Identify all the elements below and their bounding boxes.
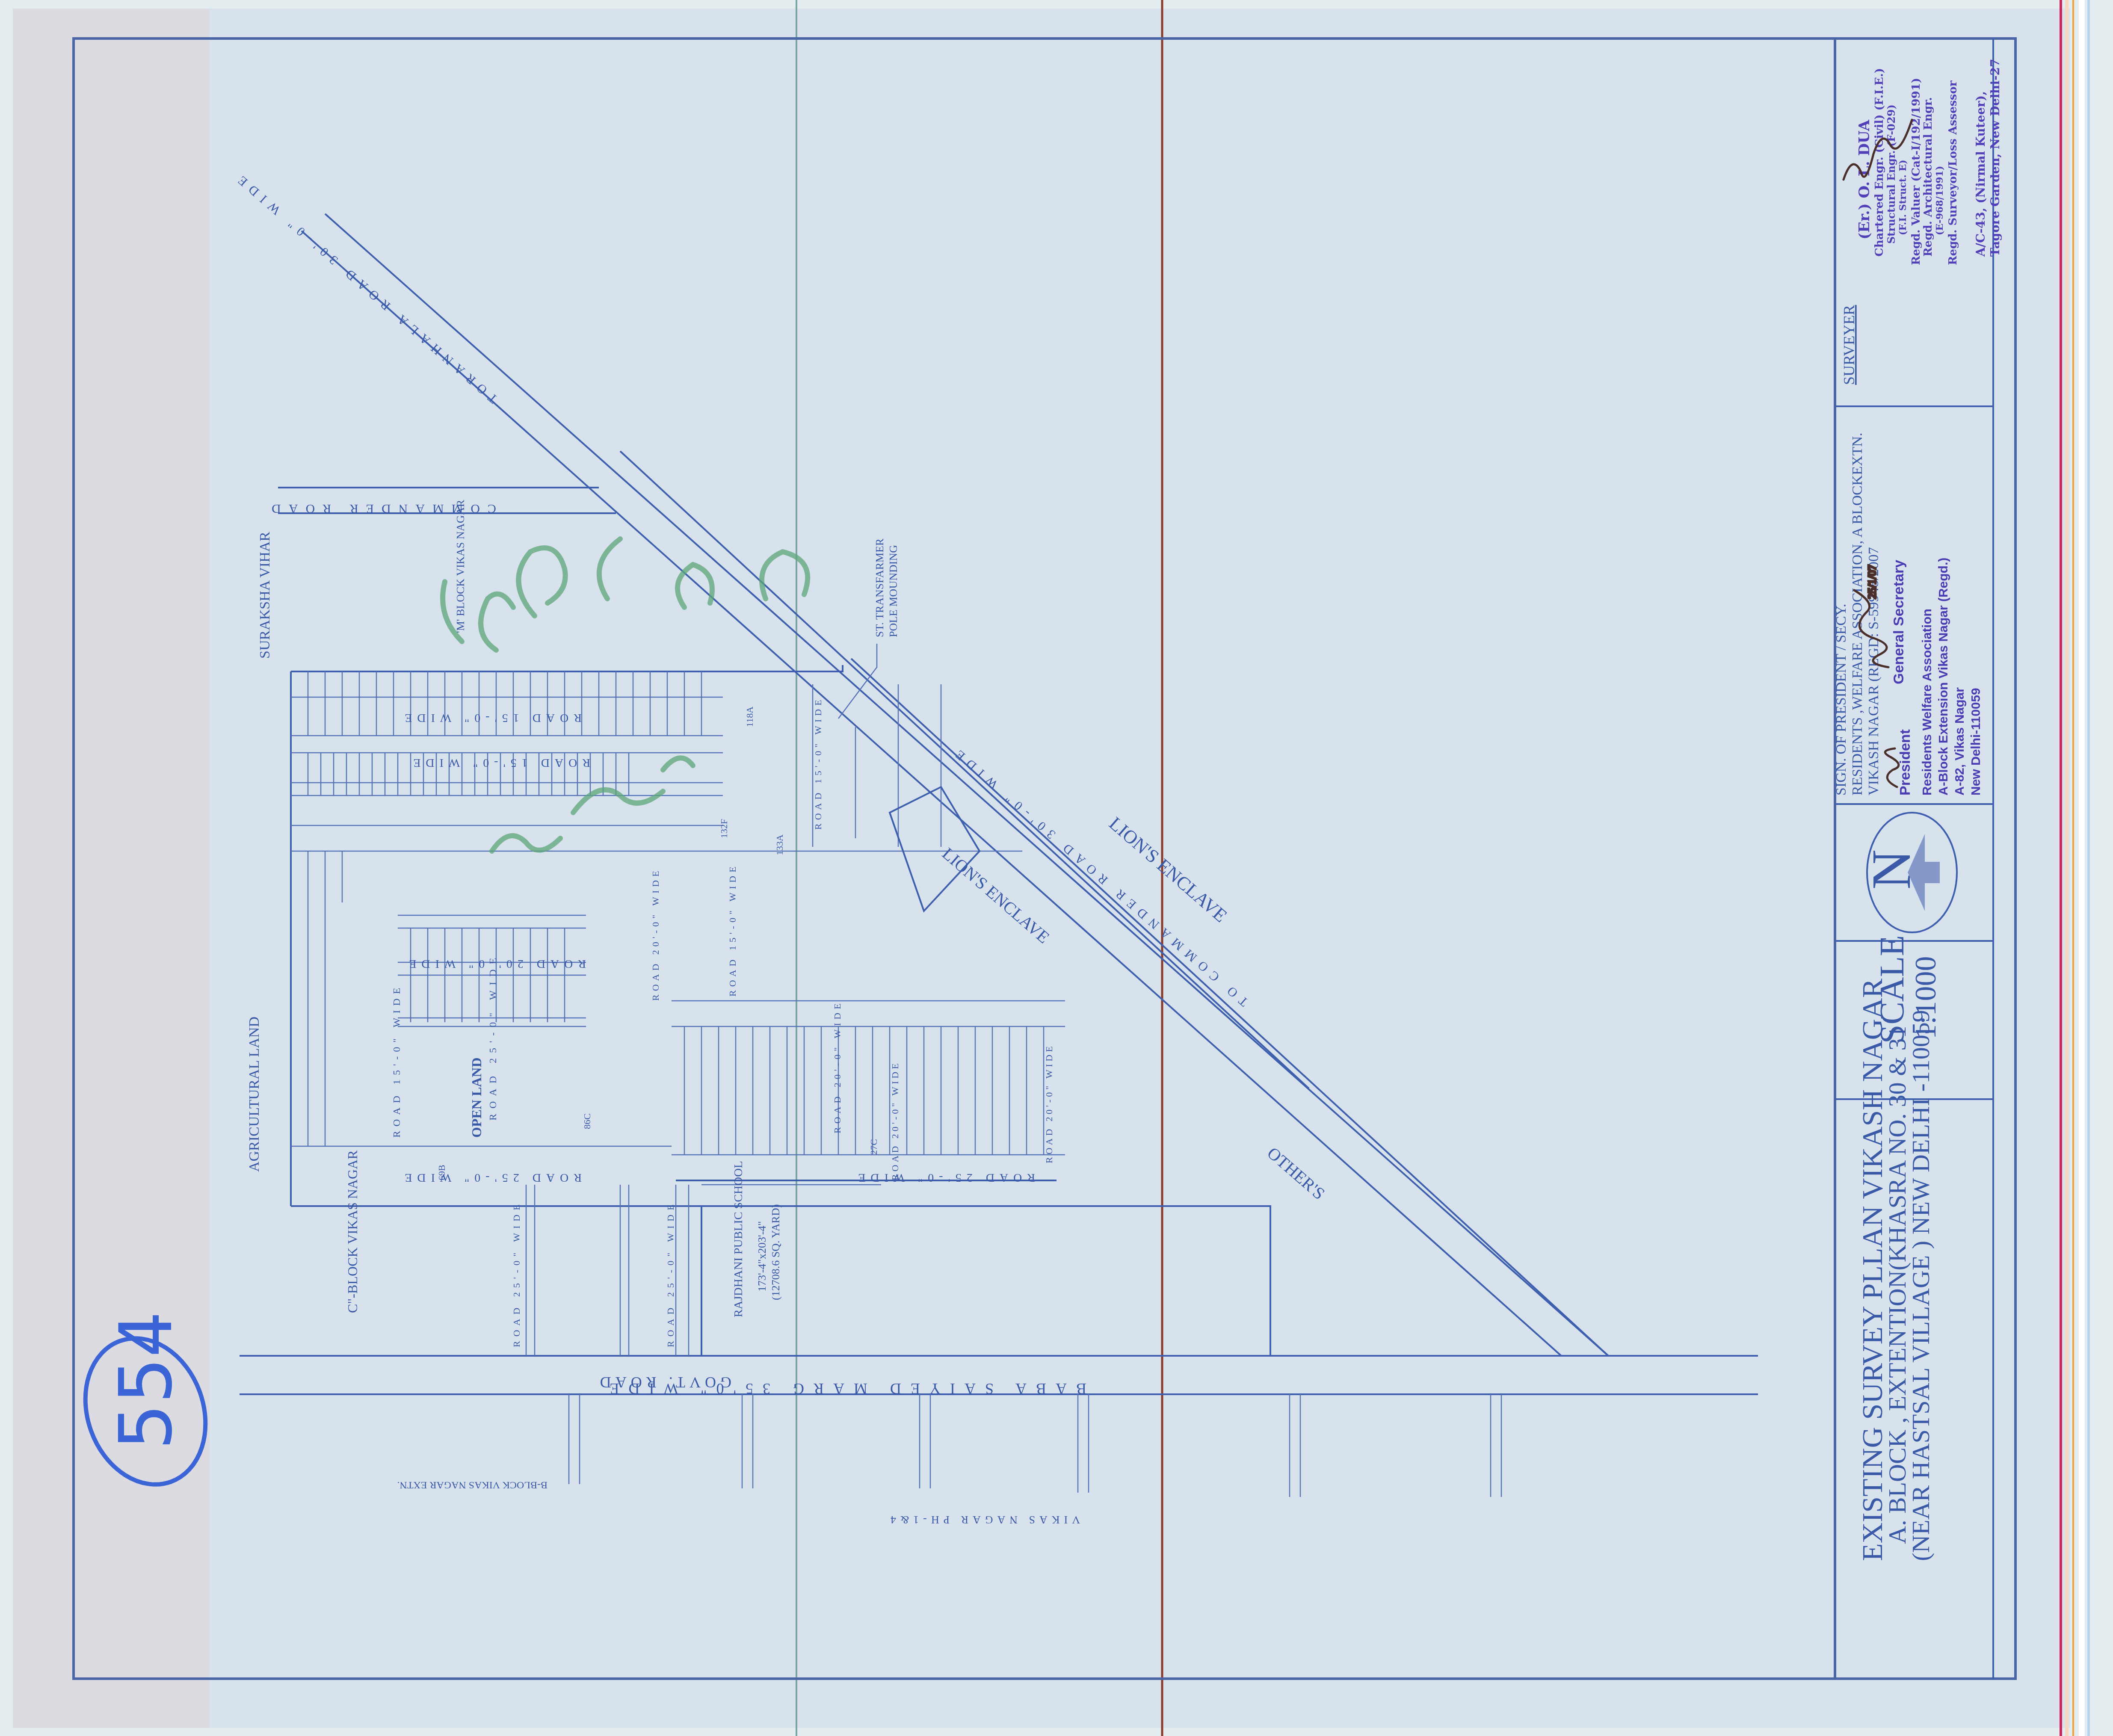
road-25ft-vertical-label-3: ROAD 25'-0" WIDE (665, 1200, 676, 1347)
agricultural-land-label: AGRICULTURAL LAND (246, 1017, 262, 1172)
c-block-label: C"-BLOCK VIKAS NAGAR (345, 1150, 360, 1313)
m-block-label: 'M' BLOCK VIKAS NAGAR (454, 500, 467, 633)
plot-number: 69B (436, 1165, 447, 1180)
scale-label: SCALE (1873, 935, 1911, 1044)
transformer-label-2: POLE MOUNDING (887, 545, 900, 637)
baba-saiyed-marg-label: BABA SAIYED MARG 35'0" WIDE (600, 1380, 1086, 1397)
surveyor-stamp-line-8: Regd. Surveyor/Loss Assessor (1947, 80, 1959, 265)
plot-number: 133A (774, 834, 785, 855)
signature-date: 25/1/07 (1866, 565, 1878, 599)
road-15ft-vertical-label-3: ROAD 15'-0" WIDE (813, 696, 823, 830)
road-25ft-vertical-label-2: ROAD 25'-0" WIDE (511, 1200, 522, 1347)
plot-number: 132F (719, 819, 729, 838)
road-20ft-vertical-label: ROAD 20'-0" WIDE (832, 1000, 843, 1133)
scale-value: 1:1000 (1909, 956, 1942, 1039)
suraksha-vihar-label: SURAKSHA VIHAR (257, 532, 273, 659)
secretary-label: General Secretary (1891, 560, 1907, 684)
surveyor-stamp-line-2: Chartered Engr. (Civil) (F.I.E.) (1873, 68, 1886, 257)
school-area: (12708.6 SQ. YARD) (769, 1204, 782, 1300)
plot-number: 118A (744, 707, 755, 727)
surveyor-stamp-line-10: Tagore Garden, New Delhi-27 (1988, 59, 2002, 257)
school-name: RAJDHANI PUBLIC SCHOOL (732, 1161, 745, 1317)
surveyor-stamp-line-1: (Er.) O. L. DUA (1856, 119, 1873, 240)
road-15ft-label-1: ROAD 15'-0" WIDE (400, 711, 582, 725)
vikas-nagar-label: VIKAS NAGAR PH-1&4 (886, 1514, 1080, 1526)
open-land-label: OPEN LAND (469, 1057, 484, 1138)
road-20ft-vertical-label-3: ROAD 20'-0" WIDE (890, 1061, 900, 1180)
road-15ft-label-2: ROAD 15'-0" WIDE (408, 756, 590, 769)
svg-text:554: 554 (104, 1311, 189, 1450)
president-label: President (1897, 729, 1913, 796)
plan-subtitle-2: (NEAR HASTSAL VILLAGE ) NEW DELHI -11005… (1907, 1010, 1935, 1561)
road-25ft-label-1: ROAD 25'-0" WIDE (400, 1171, 582, 1184)
plot-number: 86C (582, 1113, 592, 1129)
school-dimensions: 173'-4"x203'-4" (756, 1221, 768, 1292)
surveyor-heading: SURVEYER (1841, 305, 1858, 385)
survey-plan-sheet: EXISTING SURVEY PLLAN VIKASH NAGAR A. BL… (0, 0, 2113, 1736)
rwa-stamp-line-2: A-Block Extension Vikas Nagar (Regd.) (1936, 558, 1950, 796)
road-25ft-label-2: ROAD 25'-0" WIDE (853, 1171, 1035, 1184)
surveyor-stamp-line-6: Regd. Architectural Engr. (1922, 97, 1935, 257)
sign-line-2: RESIDENTS ,WELFARE ASSOCIATION, A BLOCKE… (1850, 433, 1865, 796)
road-20ft-vertical-label-2: ROAD 20'-0" WIDE (650, 867, 661, 1001)
sign-line-1: SIGN. OF PRESIDENT / SECY. (1833, 604, 1849, 796)
paper-background (13, 9, 2070, 1728)
surveyor-stamp-line-9: A/C-43, (Nirmal Kuteer), (1974, 91, 1988, 257)
transformer-label-1: ST. TRANSFARMER (873, 538, 886, 637)
road-25ft-vertical-label: ROAD 25'-0" WIDE (488, 953, 499, 1121)
surveyor-stamp-line-5: Regd. Valuer (Cat-I/192/1991) (1910, 78, 1923, 265)
surveyor-stamp-line-7: (E-968/1991) (1934, 166, 1945, 235)
road-15ft-vertical-label: ROAD 15'-0" WIDE (391, 984, 402, 1138)
road-20ft-vertical-label-4: ROAD 20'-0" WIDE (1044, 1044, 1054, 1163)
b-block-label: B-BLOCK VIKAS NAGAR EXTN. (397, 1479, 547, 1491)
rwa-stamp-line-4: New Delhi-110059 (1969, 688, 1983, 796)
road-15ft-vertical-label-2: ROAD 15'-0" WIDE (727, 863, 738, 997)
plot-number: 27C (868, 1139, 879, 1155)
surveyor-stamp-line-4: (F.I. Struct. E) (1897, 160, 1909, 235)
rwa-stamp-line-1: Residents Welfare Association (1920, 609, 1934, 796)
rwa-stamp-line-3: A-82, Vikas Nagar (1953, 687, 1967, 796)
surveyor-stamp-line-3: Structural Engr. (F-029) (1885, 104, 1897, 244)
